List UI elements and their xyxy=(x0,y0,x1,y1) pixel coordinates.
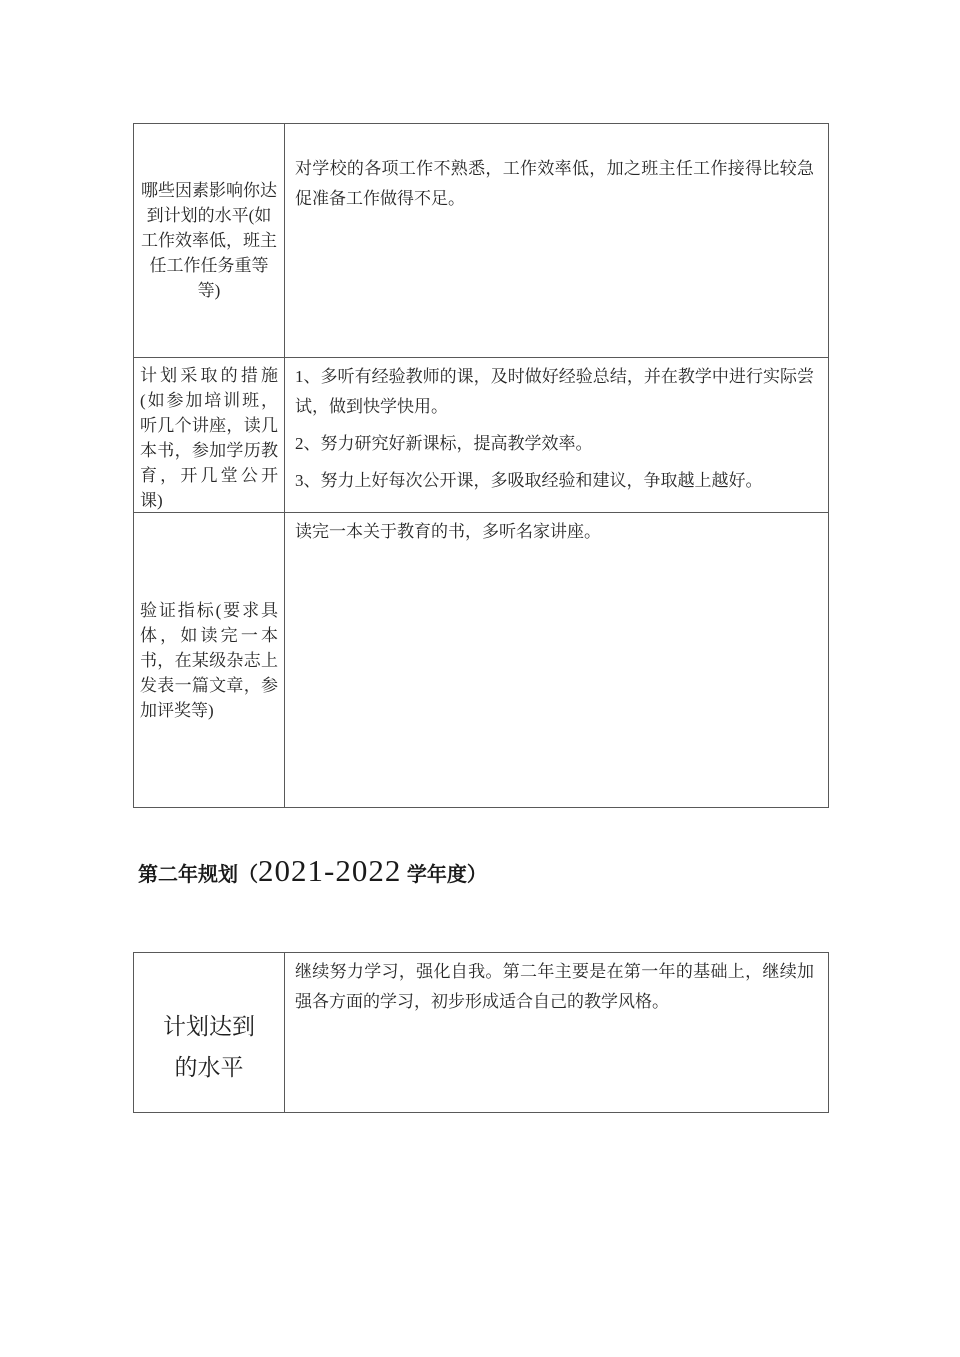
verification-label: 验证指标(要求具体，如读完一本书，在某级杂志上发表一篇文章，参加评奖等) xyxy=(140,598,278,723)
heading-years: 2021-2022 xyxy=(258,853,401,888)
heading-prefix: 第二年规划（ xyxy=(138,864,258,886)
second-year-plan-table: 计划达到 的水平 继续努力学习，强化自我。第二年主要是在第一年的基础上，继续加强… xyxy=(133,952,829,1113)
target-level-content-cell: 继续努力学习，强化自我。第二年主要是在第一年的基础上，继续加强各方面的学习，初步… xyxy=(285,953,828,1112)
factors-label: 哪些因素影响你达到计划的水平(如工作效率低，班主任工作任务重等等) xyxy=(140,178,278,303)
measures-content-cell: 1、多听有经验教师的课，及时做好经验总结，并在教学中进行实际尝试，做到快学快用。… xyxy=(285,358,828,513)
factors-label-cell: 哪些因素影响你达到计划的水平(如工作效率低，班主任工作任务重等等) xyxy=(134,124,285,358)
document-page: 哪些因素影响你达到计划的水平(如工作效率低，班主任工作任务重等等) 对学校的各项… xyxy=(0,0,960,1357)
measures-item-2: 2、努力研究好新课标，提高教学效率。 xyxy=(295,429,814,459)
target-level-label-cell: 计划达到 的水平 xyxy=(134,953,285,1112)
measures-label: 计划采取的措施(如参加培训班，听几个讲座，读几本书，参加学历教育，开几堂公开课) xyxy=(140,363,278,513)
first-year-plan-table: 哪些因素影响你达到计划的水平(如工作效率低，班主任工作任务重等等) 对学校的各项… xyxy=(133,123,829,808)
factors-content-cell: 对学校的各项工作不熟悉，工作效率低，加之班主任工作接得比较急促准备工作做得不足。 xyxy=(285,124,828,358)
verification-content-text: 读完一本关于教育的书，多听名家讲座。 xyxy=(295,517,814,547)
measures-label-cell: 计划采取的措施(如参加培训班，听几个讲座，读几本书，参加学历教育，开几堂公开课) xyxy=(134,358,285,513)
measures-item-1: 1、多听有经验教师的课，及时做好经验总结，并在教学中进行实际尝试，做到快学快用。 xyxy=(295,362,814,422)
second-year-plan-heading: 第二年规划（2021-2022 学年度） xyxy=(138,851,487,897)
verification-content-cell: 读完一本关于教育的书，多听名家讲座。 xyxy=(285,513,828,807)
verification-label-cell: 验证指标(要求具体，如读完一本书，在某级杂志上发表一篇文章，参加评奖等) xyxy=(134,513,285,807)
target-level-content-text: 继续努力学习，强化自我。第二年主要是在第一年的基础上，继续加强各方面的学习，初步… xyxy=(295,957,814,1017)
factors-content-text: 对学校的各项工作不熟悉，工作效率低，加之班主任工作接得比较急促准备工作做得不足。 xyxy=(295,154,814,214)
target-level-label-line1: 计划达到 xyxy=(163,1006,255,1047)
target-level-label-line2: 的水平 xyxy=(175,1047,244,1088)
heading-suffix: 学年度） xyxy=(401,864,487,886)
measures-item-3: 3、努力上好每次公开课，多吸取经验和建议，争取越上越好。 xyxy=(295,466,814,496)
